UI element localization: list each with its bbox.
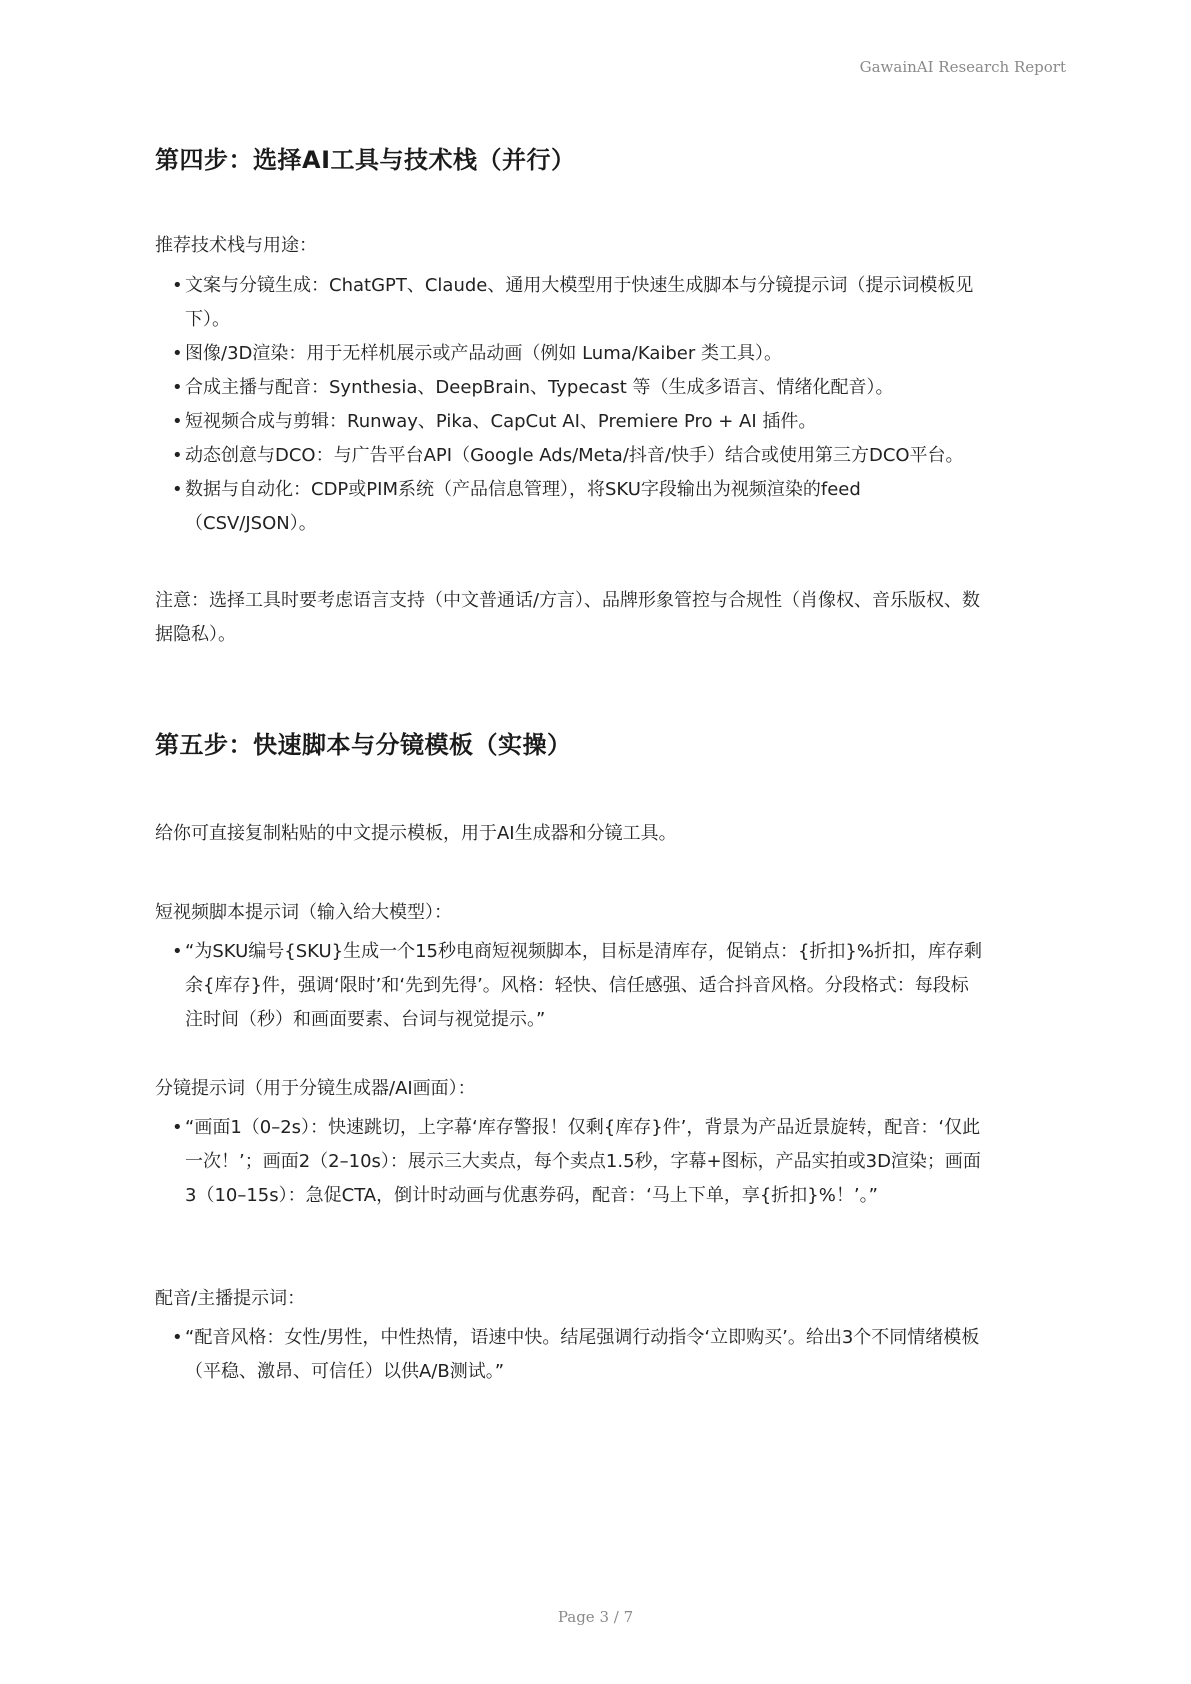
section-heading-step5: 第五步：快速脚本与分镜模板（实操） xyxy=(155,725,1035,760)
list-item: “配音风格：女性/男性，中性热情，语速中快。结尾强调行动指令‘立即购买’。给出3… xyxy=(155,1321,985,1389)
tool-selection-note: 注意：选择工具时要考虑语言支持（中文普通话/方言）、品牌形象管控与合规性（肖像权… xyxy=(155,584,985,652)
list-item: “画面1（0–2s）：快速跳切，上字幕‘库存警报！仅剩{库存}件’，背景为产品近… xyxy=(155,1111,985,1213)
templates-intro: 给你可直接复制粘贴的中文提示模板，用于AI生成器和分镜工具。 xyxy=(155,817,1035,851)
section-heading-step4: 第四步：选择AI工具与技术栈（并行） xyxy=(155,140,1035,175)
list-item: 动态创意与DCO：与广告平台API（Google Ads/Meta/抖音/快手）… xyxy=(155,439,985,473)
voiceover-prompt-list: “配音风格：女性/男性，中性热情，语速中快。结尾强调行动指令‘立即购买’。给出3… xyxy=(155,1321,985,1389)
list-item: “为SKU编号{SKU}生成一个15秒电商短视频脚本，目标是清库存，促销点：{折… xyxy=(155,935,985,1037)
storyboard-prompt-list: “画面1（0–2s）：快速跳切，上字幕‘库存警报！仅剩{库存}件’，背景为产品近… xyxy=(155,1111,985,1213)
page-number: Page 3 / 7 xyxy=(0,1608,1191,1626)
list-item: 文案与分镜生成：ChatGPT、Claude、通用大模型用于快速生成脚本与分镜提… xyxy=(155,269,985,337)
report-header: GawainAI Research Report xyxy=(860,58,1066,76)
voiceover-prompt-label: 配音/主播提示词： xyxy=(155,1282,1035,1316)
script-prompt-list: “为SKU编号{SKU}生成一个15秒电商短视频脚本，目标是清库存，促销点：{折… xyxy=(155,935,985,1037)
script-prompt-label: 短视频脚本提示词（输入给大模型）： xyxy=(155,896,1035,930)
list-item: 图像/3D渲染：用于无样机展示或产品动画（例如 Luma/Kaiber 类工具）… xyxy=(155,337,985,371)
list-item: 合成主播与配音：Synthesia、DeepBrain、Typecast 等（生… xyxy=(155,371,985,405)
tech-stack-intro: 推荐技术栈与用途： xyxy=(155,229,1035,263)
list-item: 短视频合成与剪辑：Runway、Pika、CapCut AI、Premiere … xyxy=(155,405,985,439)
list-item: 数据与自动化：CDP或PIM系统（产品信息管理），将SKU字段输出为视频渲染的f… xyxy=(155,473,985,541)
storyboard-prompt-label: 分镜提示词（用于分镜生成器/AI画面）： xyxy=(155,1072,1035,1106)
tech-stack-list: 文案与分镜生成：ChatGPT、Claude、通用大模型用于快速生成脚本与分镜提… xyxy=(155,269,985,541)
